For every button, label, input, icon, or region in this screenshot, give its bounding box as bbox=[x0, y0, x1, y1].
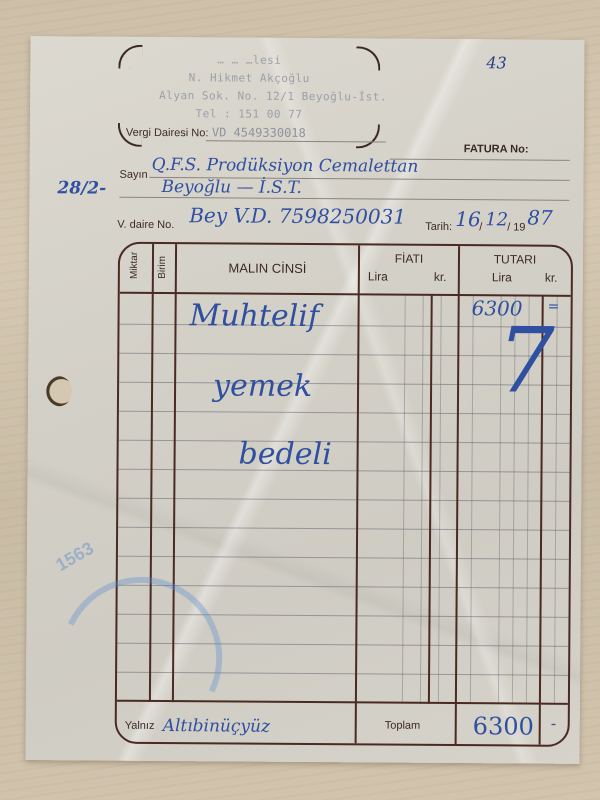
header-malin-cinsi: MALIN CİNSİ bbox=[177, 260, 358, 276]
row-line bbox=[118, 498, 569, 502]
tarih-sep-2: / bbox=[507, 221, 510, 233]
row-line bbox=[119, 469, 570, 473]
tarih-day: 16 bbox=[455, 207, 481, 231]
seller-stamp-phone: Tel : 151 00 77 bbox=[118, 107, 380, 122]
header-tutari-lira: Lira bbox=[492, 270, 512, 284]
footer-divider-1 bbox=[355, 703, 357, 743]
header-fiati-kr: kr. bbox=[434, 270, 447, 284]
fatura-no-label: FATURA No: bbox=[464, 143, 529, 155]
header-tutari-kr: kr. bbox=[545, 271, 558, 285]
fiati-tutari-divider bbox=[455, 246, 460, 704]
row-2-description: yemek bbox=[213, 368, 312, 404]
header-miktar: Miktar bbox=[129, 252, 140, 279]
customer-name: Q.F.S. Prodüksiyon Cemalettan bbox=[152, 155, 419, 177]
header-birim: Birim bbox=[157, 256, 168, 279]
page-number-handwritten: 43 bbox=[486, 53, 506, 72]
stamp-corner-bottom-right bbox=[356, 124, 380, 148]
seller-stamp-name: N. Hikmet Akçoğlu bbox=[118, 71, 380, 86]
footer-divider-3 bbox=[539, 705, 541, 745]
row-2-tutari-mark: 7 bbox=[497, 316, 555, 406]
row-line bbox=[118, 585, 569, 589]
margin-note: 28/2- bbox=[57, 178, 106, 198]
header-fiati: FİATI bbox=[360, 251, 458, 266]
header-tutari: TUTARI bbox=[460, 252, 570, 267]
seller-stamp-line1: … … …lesi bbox=[118, 53, 380, 68]
blue-stamp-number: 1563 bbox=[52, 538, 97, 576]
tarih-year-prefix: 19 bbox=[513, 221, 525, 233]
tarih-sep-1: / bbox=[479, 221, 482, 233]
vergi-dairesi-label: Vergi Dairesi No: bbox=[126, 127, 209, 140]
sayin-label: Sayın bbox=[120, 169, 148, 181]
tarih-label: Tarih: bbox=[425, 221, 452, 233]
row-1-description: Muhtelif bbox=[189, 298, 319, 334]
toplam-label: Toplam bbox=[385, 720, 421, 732]
sayin-rule-2 bbox=[119, 197, 569, 201]
customer-address: Beyoğlu — İ.S.T. bbox=[161, 177, 301, 198]
toplam-kr: - bbox=[551, 714, 557, 733]
punch-hole bbox=[46, 376, 72, 406]
seller-stamp-address: Alyan Sok. No. 12/1 Beyoğlu-İst. bbox=[142, 89, 404, 104]
malin-fiati-divider bbox=[355, 245, 360, 703]
row-3-description: bedeli bbox=[238, 437, 331, 473]
footer-divider-2 bbox=[455, 704, 457, 744]
header-fiati-lira: Lira bbox=[368, 269, 388, 283]
row-line bbox=[119, 440, 570, 444]
tarih-month: 12 bbox=[485, 209, 508, 230]
vergi-dairesi-value: VD 4549330018 bbox=[212, 125, 306, 140]
v-daire-label: V. daire No. bbox=[117, 219, 174, 231]
toplam-lira: 6300 bbox=[473, 712, 534, 740]
row-line bbox=[118, 556, 569, 560]
row-line bbox=[118, 527, 569, 531]
invoice-paper: 43 … … …lesi N. Hikmet Akçoğlu Alyan Sok… bbox=[25, 36, 584, 764]
v-daire-value: Bey V.D. 7598250031 bbox=[189, 203, 406, 229]
tarih-year-suffix: 87 bbox=[527, 206, 553, 230]
